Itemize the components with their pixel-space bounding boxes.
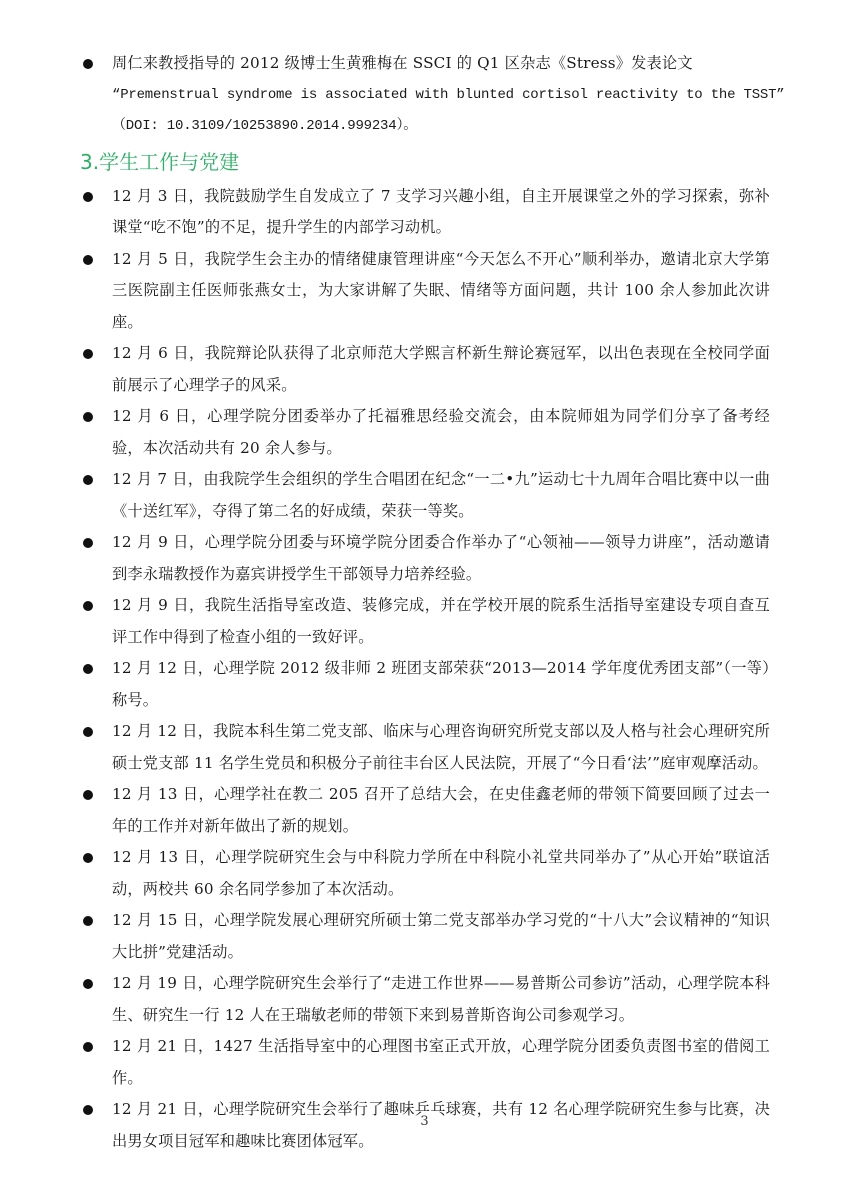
page-number: 3	[0, 1114, 849, 1129]
bullet-icon	[83, 192, 93, 202]
publication-title: “Premenstrual syndrome is associated wit…	[112, 80, 770, 112]
list-item-text: 12 月 6 日，心理学院分团委举办了托福雅思经验交流会，由本院师姐为同学们分享…	[112, 401, 770, 464]
section-heading: 3.学生工作与党建	[80, 143, 770, 181]
bullet-icon	[83, 349, 93, 359]
bullet-icon	[83, 538, 93, 548]
list-item-text: 12 月 3 日，我院鼓励学生自发成立了 7 支学习兴趣小组，自主开展课堂之外的…	[112, 181, 770, 244]
bullet-icon	[83, 664, 93, 674]
document-page: 周仁来教授指导的 2012 级博士生黄雅梅在 SSCI 的 Q1 区杂志《Str…	[0, 0, 849, 1200]
list-item: 12 月 3 日，我院鼓励学生自发成立了 7 支学习兴趣小组，自主开展课堂之外的…	[80, 181, 770, 244]
list-item: 12 月 12 日，心理学院 2012 级非师 2 班团支部荣获“2013—20…	[80, 653, 770, 716]
bullet-icon	[83, 412, 93, 422]
bullet-icon	[83, 255, 93, 265]
list-item-text: 12 月 12 日，我院本科生第二党支部、临床与心理咨询研究所党支部以及人格与社…	[112, 716, 770, 779]
bullet-icon	[83, 601, 93, 611]
bullet-icon	[83, 1042, 93, 1052]
publication-line-1: 周仁来教授指导的 2012 级博士生黄雅梅在 SSCI 的 Q1 区杂志《Str…	[112, 48, 770, 80]
list-item-text: 12 月 19 日，心理学院研究生会举行了“走进工作世界——易普斯公司参访”活动…	[112, 968, 770, 1031]
bullet-icon	[83, 727, 93, 737]
bullet-icon	[83, 59, 93, 69]
list-item: 12 月 12 日，我院本科生第二党支部、临床与心理咨询研究所党支部以及人格与社…	[80, 716, 770, 779]
list-item: 12 月 9 日，我院生活指导室改造、装修完成，并在学校开展的院系生活指导室建设…	[80, 590, 770, 653]
bullet-icon	[83, 475, 93, 485]
list-item-text: 12 月 13 日，心理学院研究生会与中科院力学所在中科院小礼堂共同举办了”从心…	[112, 842, 770, 905]
list-item: 12 月 21 日，1427 生活指导室中的心理图书室正式开放，心理学院分团委负…	[80, 1031, 770, 1094]
list-item: 12 月 6 日，心理学院分团委举办了托福雅思经验交流会，由本院师姐为同学们分享…	[80, 401, 770, 464]
section-list: 12 月 3 日，我院鼓励学生自发成立了 7 支学习兴趣小组，自主开展课堂之外的…	[80, 181, 770, 1158]
list-item-text: 12 月 9 日，心理学院分团委与环境学院分团委合作举办了“心领袖——领导力讲座…	[112, 527, 770, 590]
list-item: 12 月 6 日，我院辩论队获得了北京师范大学熙言杯新生辩论赛冠军，以出色表现在…	[80, 338, 770, 401]
bullet-icon	[83, 790, 93, 800]
list-item: 12 月 7 日，由我院学生会组织的学生合唱团在纪念“一二•九”运动七十九周年合…	[80, 464, 770, 527]
list-item: 12 月 13 日，心理学院研究生会与中科院力学所在中科院小礼堂共同举办了”从心…	[80, 842, 770, 905]
publication-doi: （DOI: 10.3109/10253890.2014.999234）。	[112, 111, 770, 143]
list-item-text: 12 月 7 日，由我院学生会组织的学生合唱团在纪念“一二•九”运动七十九周年合…	[112, 464, 770, 527]
bullet-icon	[83, 916, 93, 926]
bullet-icon	[83, 979, 93, 989]
list-item: 12 月 9 日，心理学院分团委与环境学院分团委合作举办了“心领袖——领导力讲座…	[80, 527, 770, 590]
list-item-text: 12 月 15 日，心理学院发展心理研究所硕士第二党支部举办学习党的“十八大”会…	[112, 905, 770, 968]
list-item: 12 月 13 日，心理学社在教二 205 召开了总结大会，在史佳鑫老师的带领下…	[80, 779, 770, 842]
list-item-text: 12 月 21 日，1427 生活指导室中的心理图书室正式开放，心理学院分团委负…	[112, 1031, 770, 1094]
list-item: 12 月 19 日，心理学院研究生会举行了“走进工作世界——易普斯公司参访”活动…	[80, 968, 770, 1031]
list-item: 12 月 15 日，心理学院发展心理研究所硕士第二党支部举办学习党的“十八大”会…	[80, 905, 770, 968]
list-item-text: 12 月 13 日，心理学社在教二 205 召开了总结大会，在史佳鑫老师的带领下…	[112, 779, 770, 842]
list-item-text: 12 月 5 日，我院学生会主办的情绪健康管理讲座“今天怎么不开心”顺利举办，邀…	[112, 244, 770, 339]
list-item-publication: 周仁来教授指导的 2012 级博士生黄雅梅在 SSCI 的 Q1 区杂志《Str…	[80, 48, 770, 143]
bullet-icon	[83, 853, 93, 863]
list-item-text: 12 月 9 日，我院生活指导室改造、装修完成，并在学校开展的院系生活指导室建设…	[112, 590, 770, 653]
list-item-text: 12 月 12 日，心理学院 2012 级非师 2 班团支部荣获“2013—20…	[112, 653, 770, 716]
page-content: 周仁来教授指导的 2012 级博士生黄雅梅在 SSCI 的 Q1 区杂志《Str…	[80, 48, 770, 1157]
list-item-text: 12 月 6 日，我院辩论队获得了北京师范大学熙言杯新生辩论赛冠军，以出色表现在…	[112, 338, 770, 401]
list-item: 12 月 5 日，我院学生会主办的情绪健康管理讲座“今天怎么不开心”顺利举办，邀…	[80, 244, 770, 339]
